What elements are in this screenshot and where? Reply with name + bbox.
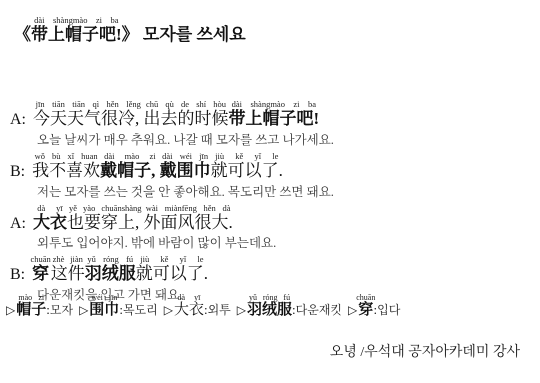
pinyin-annotation: dài shàngmào zi ba — [229, 99, 320, 109]
hanzi-text: 戴帽子, — [100, 161, 160, 180]
hanzi-text: 也要穿上, — [67, 213, 144, 232]
dialogue-block: A: 今天天气很冷, jīn tiān tiān qì hěn lěng出去的时… — [10, 100, 536, 148]
speaker-label: B: — [10, 163, 32, 180]
hanzi-text: 戴围巾 — [160, 161, 211, 180]
speaker-label: B: — [10, 266, 32, 283]
pinyin-annotation: chuān — [356, 293, 375, 302]
dialogue-block: A: 大衣dà yī也要穿上, yě yào chuānshàng外面风很大.w… — [10, 204, 536, 252]
pinyin-annotation: yě yào chuānshàng — [67, 203, 144, 213]
vocab-korean: 모자 — [50, 303, 79, 317]
triangle-marker: ▷ — [237, 303, 247, 317]
hanzi-segment: 就可以了.jiù kě yǐ le — [211, 161, 283, 180]
vocab-item: ▷羽绒服yǔ róng fú:다운재킷 — [237, 302, 348, 318]
hanzi-segment: 戴帽子, dài mào zi — [100, 161, 160, 180]
chinese-line: B: 穿chuān这件zhè jiàn羽绒服yǔ róng fú就可以了.jiù… — [10, 255, 536, 284]
pinyin-annotation: zhè jiàn — [51, 254, 85, 264]
korean-translation: 외투도 입어야지. 밖에 바람이 많이 부는데요. — [10, 233, 536, 251]
hanzi-text: 大衣 — [174, 302, 204, 318]
vocab-korean: 입다 — [377, 303, 406, 317]
hanzi-segment: 穿chuān — [358, 302, 373, 318]
pinyin-annotation: dài mào zi — [100, 151, 160, 161]
hanzi-segment: 这件zhè jiàn — [51, 264, 85, 283]
hanzi-segment: 大衣dà yī — [174, 302, 204, 318]
title-line: 《带上帽子吧!dài shàngmào zi ba》 모자를 쓰세요 — [14, 16, 246, 43]
vocab-item: ▷大衣dà yī:외투 — [164, 302, 237, 318]
hanzi-segment: 就可以了.jiù kě yǐ le — [136, 264, 208, 283]
hanzi-text: 穿 — [30, 264, 50, 283]
hanzi-segment: 我不喜欢wǒ bù xǐ huan — [32, 161, 100, 180]
pinyin-annotation: dài shàngmào zi ba — [31, 15, 122, 25]
pinyin-annotation: jiù kě yǐ le — [211, 151, 283, 161]
hanzi-text: 这件 — [51, 264, 85, 283]
hanzi-segment: 也要穿上, yě yào chuānshàng — [67, 213, 144, 232]
vocab-item: ▷帽子mào zi:모자 — [6, 302, 79, 318]
hanzi-text: 穿 — [356, 302, 375, 318]
hanzi-text: 出去的时候 — [144, 109, 229, 128]
speaker-label: A: — [10, 111, 33, 128]
pinyin-annotation: mào zi — [16, 293, 46, 302]
hanzi-text: 围巾 — [89, 302, 119, 318]
hanzi-text: 带上帽子吧! — [31, 25, 122, 44]
hanzi-text: 带上帽子吧! — [229, 109, 320, 128]
hanzi-text: 羽绒服 — [85, 264, 136, 283]
hanzi-segment: 今天天气很冷, jīn tiān tiān qì hěn lěng — [33, 109, 144, 128]
korean-translation: 오늘 날씨가 매우 추워요. 나갈 때 모자를 쓰고 나가세요. — [10, 130, 536, 148]
chinese-line: A: 今天天气很冷, jīn tiān tiān qì hěn lěng出去的时… — [10, 100, 536, 129]
hanzi-segment: 羽绒服yǔ róng fú — [247, 302, 292, 318]
hanzi-segment: 羽绒服yǔ róng fú — [85, 264, 136, 283]
credit-line: 오녕 /우석대 공자아카데미 강사 — [330, 341, 520, 361]
pinyin-annotation: chuān — [30, 254, 50, 264]
vocab-korean: 다운재킷 — [296, 303, 348, 317]
hanzi-segment: 围巾wéi jīn — [89, 302, 119, 318]
triangle-marker: ▷ — [6, 303, 16, 317]
chinese-line: B: 我不喜欢wǒ bù xǐ huan戴帽子, dài mào zi戴围巾dà… — [10, 152, 536, 181]
dialogue-block: B: 我不喜欢wǒ bù xǐ huan戴帽子, dài mào zi戴围巾dà… — [10, 152, 536, 200]
pinyin-annotation: yǔ róng fú — [247, 293, 292, 302]
pinyin-annotation: wài miànfēng hěn dà — [144, 203, 233, 213]
hanzi-segment: 出去的时候chū qù de shí hòu — [144, 109, 229, 128]
hanzi-text: 大衣 — [33, 213, 67, 232]
korean-translation: 저는 모자를 쓰는 것을 안 좋아해요. 목도리만 쓰면 돼요. — [10, 182, 536, 200]
vocab-korean: 목도리 — [123, 303, 164, 317]
pinyin-annotation: wǒ bù xǐ huan — [32, 151, 100, 161]
dialogue-section: A: 今天天气很冷, jīn tiān tiān qì hěn lěng出去的时… — [10, 100, 536, 307]
triangle-marker: ▷ — [79, 303, 89, 317]
pinyin-annotation: dà yī — [174, 293, 204, 302]
hanzi-text: 就可以了. — [211, 161, 283, 180]
hanzi-segment: 带上帽子吧!dài shàngmào zi ba — [229, 109, 320, 128]
hanzi-text: 外面风很大. — [144, 213, 233, 232]
vocab-item: ▷围巾wéi jīn:목도리 — [79, 302, 164, 318]
hanzi-segment: 戴围巾dài wéi jīn — [160, 161, 211, 180]
pinyin-annotation: jiù kě yǐ le — [136, 254, 208, 264]
hanzi-text: 今天天气很冷, — [33, 109, 144, 128]
vocabulary-line: ▷帽子mào zi:모자▷围巾wéi jīn:목도리▷大衣dà yī:외투▷羽绒… — [6, 293, 536, 319]
hanzi-text: 帽子 — [16, 302, 46, 318]
triangle-marker: ▷ — [164, 303, 174, 317]
pinyin-annotation: yǔ róng fú — [85, 254, 136, 264]
plain-segment: 》 모자를 쓰세요 — [122, 25, 246, 44]
plain-segment: 《 — [14, 25, 31, 44]
hanzi-text: 我不喜欢 — [32, 161, 100, 180]
speaker-label: A: — [10, 215, 33, 232]
hanzi-segment: 穿chuān — [32, 264, 51, 283]
vocab-item: ▷穿chuān:입다 — [348, 302, 406, 318]
hanzi-text: 羽绒服 — [247, 302, 292, 318]
chinese-line: A: 大衣dà yī也要穿上, yě yào chuānshàng外面风很大.w… — [10, 204, 536, 233]
pinyin-annotation: jīn tiān tiān qì hěn lěng — [33, 99, 144, 109]
pinyin-annotation: dà yī — [33, 203, 67, 213]
vocab-korean: 외투 — [208, 303, 237, 317]
pinyin-annotation: dài wéi jīn — [160, 151, 211, 161]
pinyin-annotation: chū qù de shí hòu — [144, 99, 229, 109]
hanzi-segment: 外面风很大.wài miànfēng hěn dà — [144, 213, 233, 232]
hanzi-segment: 带上帽子吧!dài shàngmào zi ba — [31, 25, 122, 44]
hanzi-segment: 大衣dà yī — [33, 213, 67, 232]
pinyin-annotation: wéi jīn — [89, 293, 119, 302]
slide-page: 《带上帽子吧!dài shàngmào zi ba》 모자를 쓰세요 A: 今天… — [0, 0, 540, 383]
hanzi-text: 就可以了. — [136, 264, 208, 283]
hanzi-segment: 帽子mào zi — [16, 302, 46, 318]
